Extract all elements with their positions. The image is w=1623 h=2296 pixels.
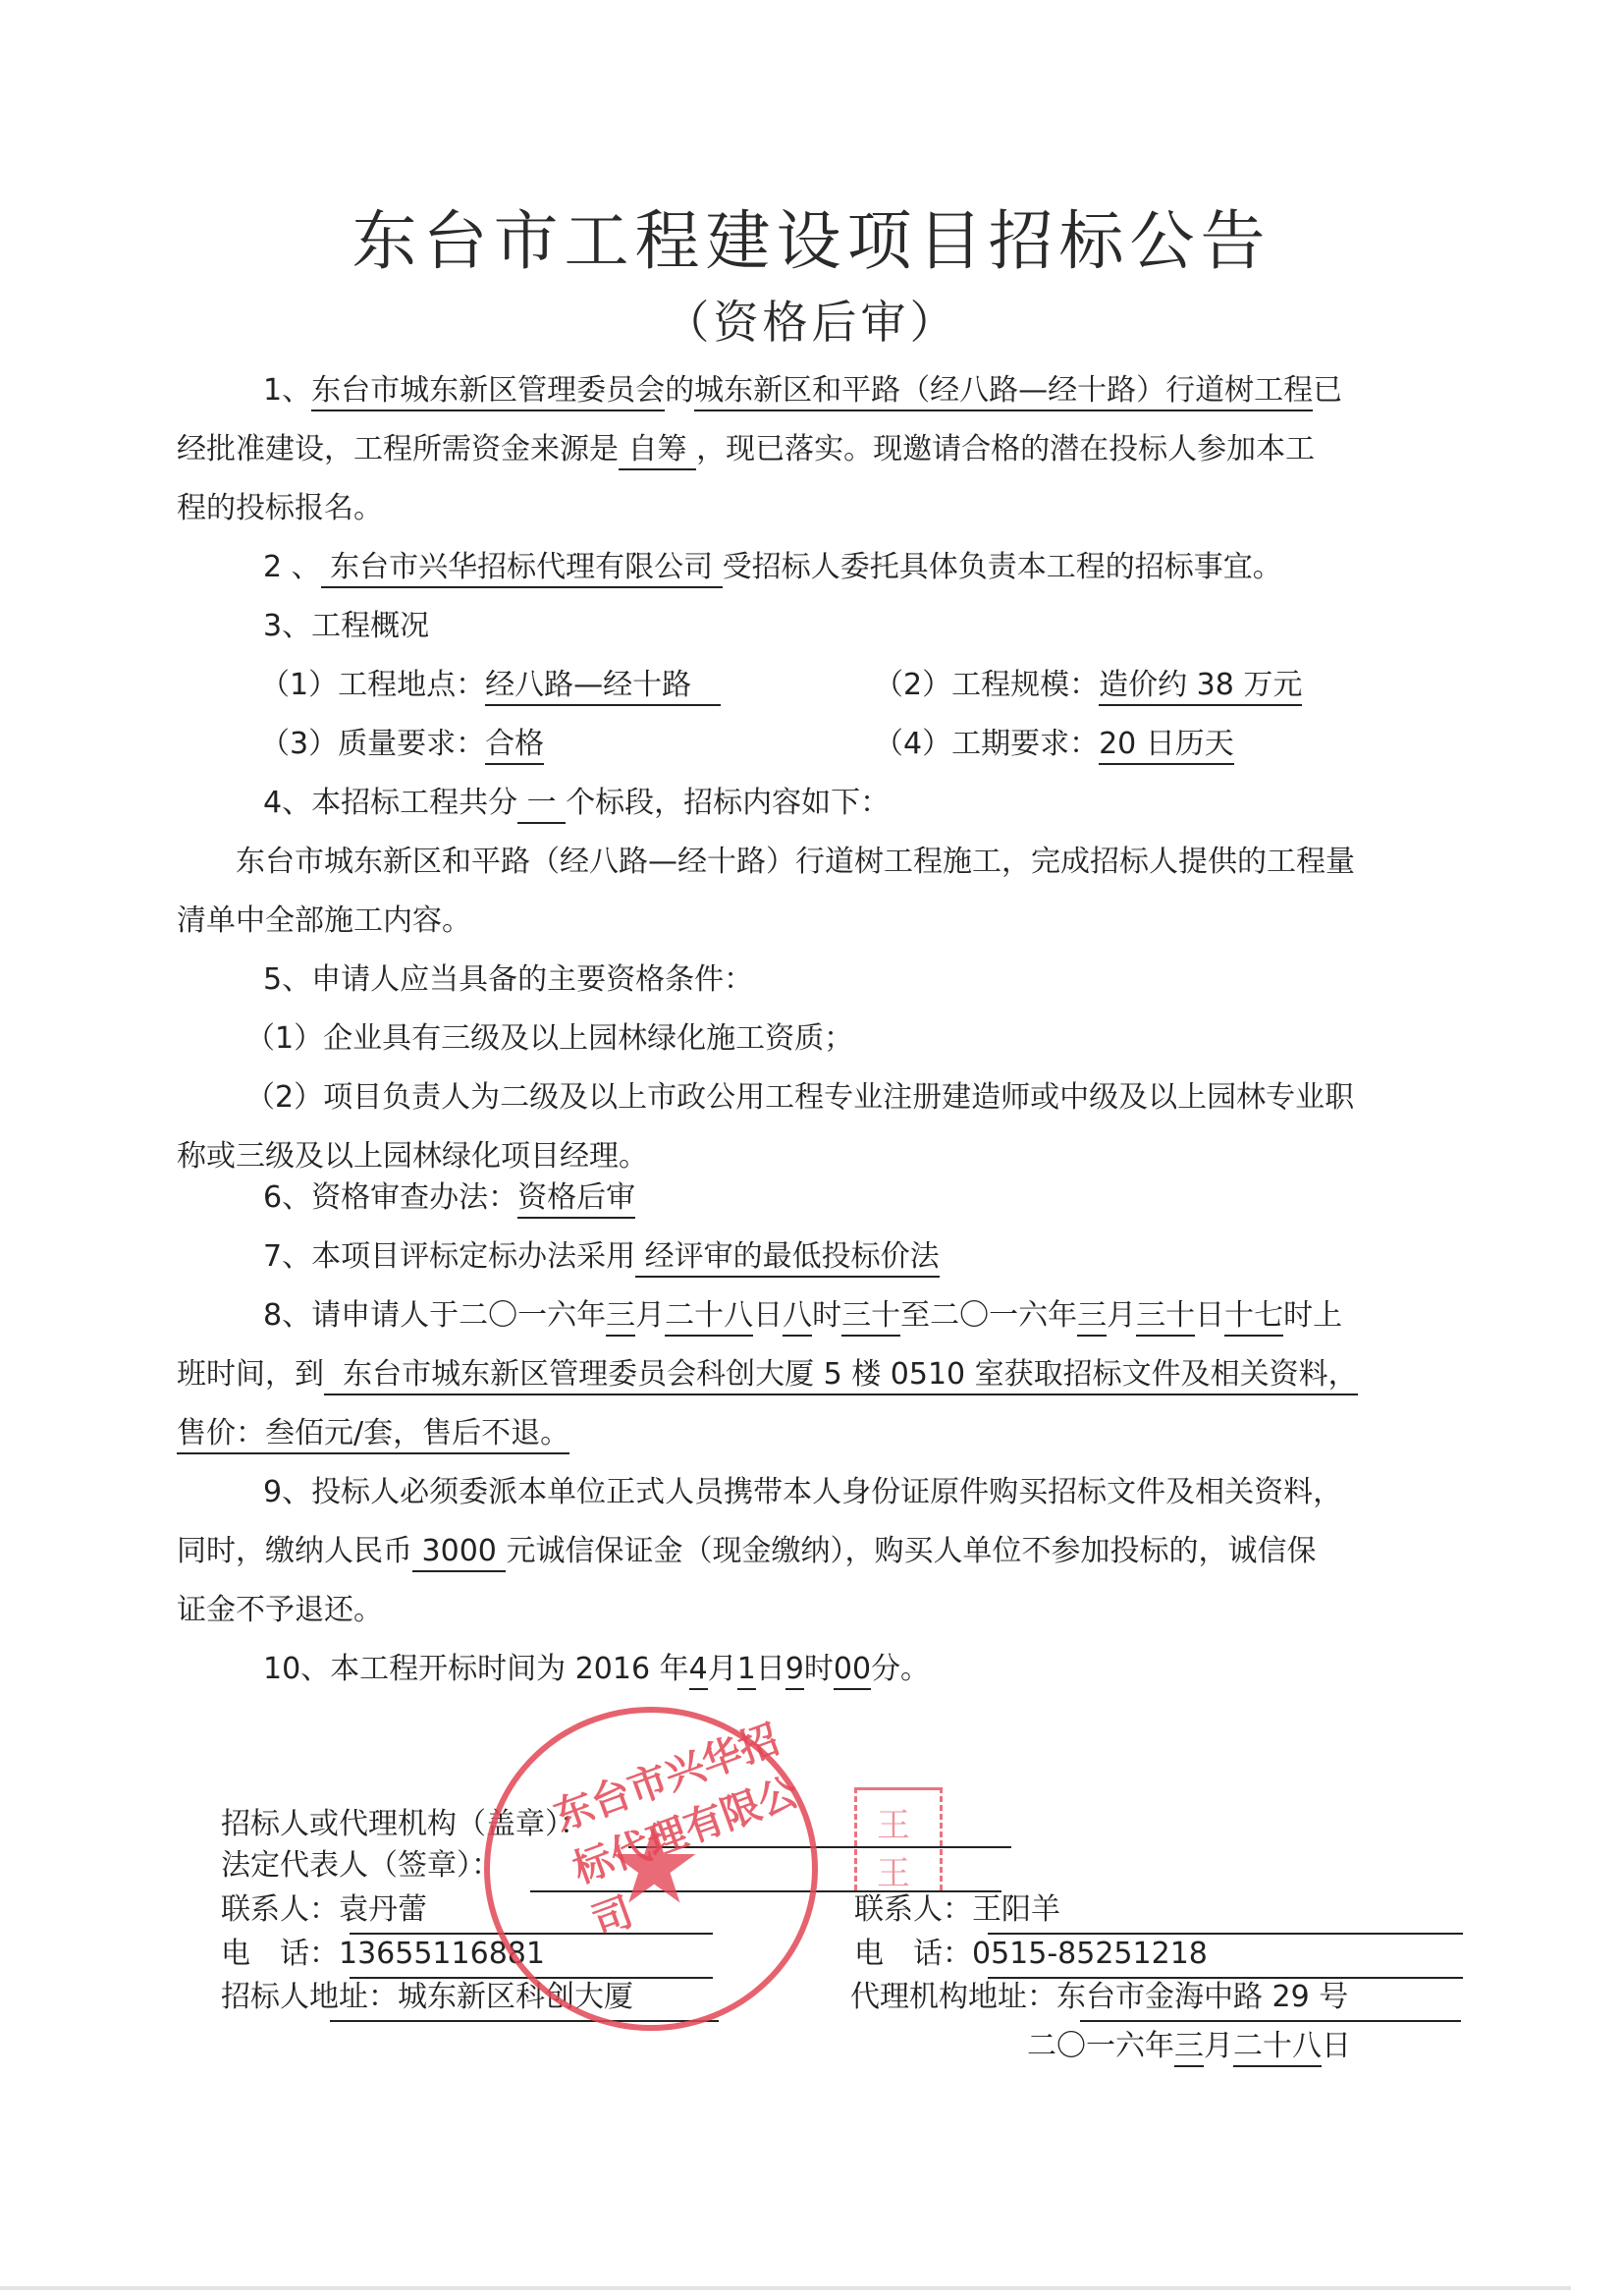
review-method: 资格后审 — [517, 1180, 635, 1219]
section-8-line-3: 售价：叁佰元/套，售后不退。 — [177, 1414, 569, 1453]
document-title: 东台市工程建设项目招标公告 — [0, 189, 1623, 282]
section-1-line-1: 1、东台市城东新区管理委员会的城东新区和平路（经八路—经十路）行道树工程已 — [263, 371, 1342, 410]
section-9-line-2: 同时，缴纳人民币 3000 元诚信保证金（现金缴纳），购买人单位不参加投标的，诚… — [177, 1532, 1316, 1571]
section-5-heading: 5、申请人应当具备的主要资格条件： — [263, 960, 753, 1000]
section-4-content-1: 东台市城东新区和平路（经八路—经十路）行道树工程施工，完成招标人提供的工程量 — [236, 843, 1355, 882]
star-icon: ★ — [606, 1811, 703, 1919]
agency-contact: 联系人：王阳羊 — [854, 1890, 1060, 1930]
tenderer-address: 招标人地址：城东新区科创大厦 — [221, 1978, 633, 2017]
legal-rep-label: 法定代表人（签章）： — [221, 1846, 501, 1886]
section-8-line-2: 班时间，到 东台市城东新区管理委员会科创大厦 5 楼 0510 室获取招标文件及… — [177, 1355, 1358, 1394]
qualification-2-line-2: 称或三级及以上园林绿化项目经理。 — [177, 1137, 648, 1176]
seal-label: 招标人或代理机构（盖章）： — [221, 1805, 589, 1844]
section-8-line-1: 8、请申请人于二〇一六年三月二十八日八时三十至二〇一六年三月三十日十七时上 — [263, 1296, 1342, 1336]
document-price: 售价：叁佰元/套，售后不退。 — [177, 1416, 569, 1454]
section-4-content-2: 清单中全部施工内容。 — [177, 902, 471, 941]
evaluation-method: 经评审的最低投标价法 — [635, 1239, 940, 1278]
scan-edge — [0, 2286, 1571, 2290]
qualification-2-line-1: （2）项目负责人为二级及以上市政公用工程专业注册建造师或中级及以上园林专业职 — [245, 1078, 1354, 1118]
sections-count: 一 — [517, 786, 566, 824]
agency-address-line — [1080, 2020, 1461, 2022]
section-1-line-2: 经批准建设，工程所需资金来源是 自筹 ，现已落实。现邀请合格的潜在投标人参加本工 — [177, 430, 1315, 469]
quality-requirement: （3）质量要求：合格 — [260, 725, 544, 764]
duration-requirement: （4）工期要求：20 日历天 — [874, 725, 1234, 764]
section-6: 6、资格审查办法：资格后审 — [263, 1178, 635, 1218]
tenderer-name: 东台市城东新区管理委员会 — [311, 373, 665, 411]
section-7: 7、本项目评标定标办法采用 经评审的最低投标价法 — [263, 1237, 940, 1277]
pickup-location: 东台市城东新区管理委员会科创大厦 5 楼 0510 室获取招标文件及相关资料， — [324, 1357, 1358, 1395]
tender-notice-page: 东台市工程建设项目招标公告 （资格后审） 1、东台市城东新区管理委员会的城东新区… — [0, 0, 1623, 2296]
section-2: 2 、 东台市兴华招标代理有限公司 受招标人委托具体负责本工程的招标事宜。 — [263, 548, 1282, 587]
agency-phone: 电 话：0515-85251218 — [854, 1935, 1208, 1974]
tenderer-phone: 电 话：13655116881 — [221, 1935, 545, 1974]
section-4: 4、本招标工程共分 一 个标段，招标内容如下： — [263, 784, 890, 823]
legal-rep-seal-stamp: 王王 — [854, 1787, 943, 1890]
deposit-amount: 3000 — [412, 1534, 506, 1572]
section-3-heading: 3、工程概况 — [263, 607, 429, 646]
tenderer-contact: 联系人：袁丹蕾 — [221, 1890, 427, 1930]
document-subtitle: （资格后审） — [0, 287, 1623, 352]
section-9-line-1: 9、投标人必须委派本单位正式人员携带本人身份证原件购买招标文件及相关资料， — [263, 1473, 1342, 1512]
agency-name: 东台市兴华招标代理有限公司 — [321, 550, 723, 588]
qualification-1: （1）企业具有三级及以上园林绿化施工资质； — [245, 1019, 853, 1059]
project-scale: （2）工程规模：造价约 38 万元 — [874, 666, 1302, 705]
agency-address: 代理机构地址：东台市金海中路 29 号 — [850, 1978, 1348, 2017]
section-10: 10、本工程开标时间为 2016 年4月1日9时00分。 — [263, 1650, 930, 1689]
seal-signature-line — [628, 1846, 1011, 1848]
issue-date: 二〇一六年三月二十八日 — [1027, 2027, 1351, 2066]
tenderer-address-line — [330, 2020, 719, 2022]
project-location: （1）工程地点：经八路—经十路 — [260, 666, 721, 706]
square-seal-text: 王王 — [877, 1798, 940, 1894]
section-9-line-3: 证金不予退还。 — [177, 1591, 383, 1630]
fund-source: 自筹 — [619, 432, 696, 470]
project-name: 城东新区和平路（经八路—经十路）行道树工程 — [694, 373, 1313, 411]
section-1-line-3: 程的投标报名。 — [177, 489, 383, 528]
